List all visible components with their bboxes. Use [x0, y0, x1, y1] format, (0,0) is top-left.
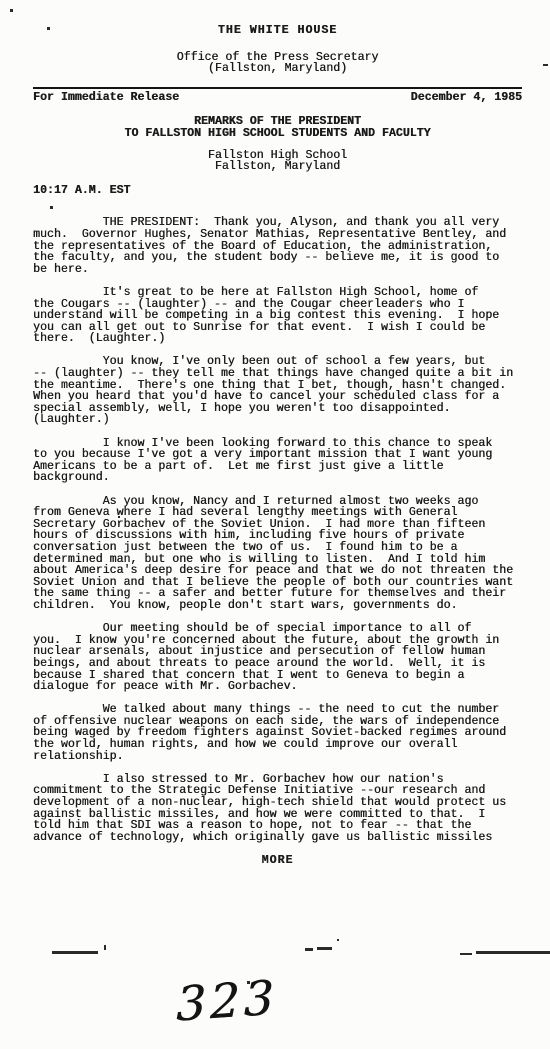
scan-speck — [50, 206, 53, 209]
page-content: THE WHITE HOUSE Office of the Press Secr… — [0, 0, 550, 867]
venue-city: Fallston, Maryland — [33, 161, 522, 173]
release-date: December 4, 1985 — [411, 92, 522, 104]
scan-speck — [337, 939, 339, 941]
scan-dash — [317, 947, 332, 950]
speech-paragraph-8: I also stressed to Mr. Gorbachev how our… — [33, 774, 522, 844]
continuation-marker: MORE — [33, 855, 522, 867]
speech-paragraph-3: You know, I've only been out of school a… — [33, 356, 522, 426]
scan-dash — [104, 945, 106, 950]
speech-paragraph-6: Our meeting should be of special importa… — [33, 623, 522, 693]
letterhead-organization: THE WHITE HOUSE — [33, 0, 522, 37]
release-line: For Immediate Release December 4, 1985 — [33, 87, 522, 104]
speech-paragraph-7: We talked about many things -- the need … — [33, 704, 522, 762]
scan-dash — [476, 951, 550, 954]
release-status: For Immediate Release — [33, 92, 179, 104]
speech-paragraph-4: I know I've been looking forward to this… — [33, 438, 522, 484]
document-page: THE WHITE HOUSE Office of the Press Secr… — [0, 0, 550, 1049]
letterhead-location: (Fallston, Maryland) — [33, 63, 522, 75]
scan-dash — [460, 953, 472, 955]
scan-speck — [10, 9, 13, 12]
title-line-2: TO FALLSTON HIGH SCHOOL STUDENTS AND FAC… — [33, 128, 522, 140]
speech-body: THE PRESIDENT: Thank you, Alyson, and th… — [33, 217, 522, 843]
speech-paragraph-2: It's great to be here at Fallston High S… — [33, 287, 522, 345]
speech-paragraph-1: THE PRESIDENT: Thank you, Alyson, and th… — [33, 217, 522, 275]
speech-paragraph-5: As you know, Nancy and I returned almost… — [33, 496, 522, 612]
scan-dash — [52, 951, 98, 954]
scan-dash — [305, 948, 313, 951]
document-title: REMARKS OF THE PRESIDENT TO FALLSTON HIG… — [33, 116, 522, 139]
venue-block: Fallston High School Fallston, Maryland — [33, 150, 522, 173]
scan-speck — [543, 64, 548, 66]
handwritten-page-number: 323 — [176, 974, 277, 1028]
scan-speck — [118, 516, 120, 518]
scan-speck — [47, 27, 50, 30]
start-time: 10:17 A.M. EST — [33, 185, 522, 197]
